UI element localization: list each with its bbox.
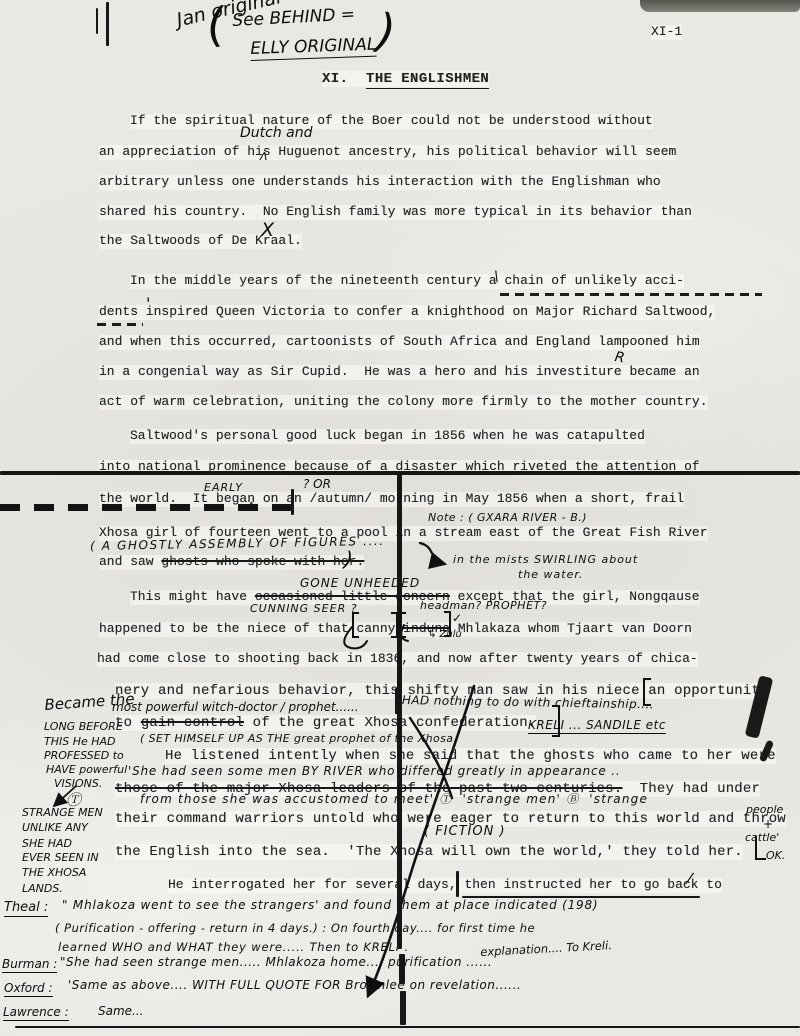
typed-line: He interrogated her for several days, th… [168,878,722,893]
text-segment: and saw [99,554,161,569]
note-early: EARLY [204,482,243,494]
note-lawrence: Same... [98,1005,144,1018]
margin-note: THIS He HAD [44,736,116,748]
text-segment: Saltwood's personal good luck began in 1… [130,428,645,443]
insert-dutch-and: Dutch and [240,126,313,141]
text-segment: If the spiritual nature of the Boer coul… [130,113,653,128]
bar-before-then [456,871,459,897]
bracket-canny-open [352,612,359,638]
typed-line: the English into the sea. 'The Xhosa wil… [115,844,743,860]
bottom-edge-line [15,1026,800,1028]
tick: ' [146,296,150,313]
note-gone-unheeded: GONE UNHEEDED [300,577,420,590]
scan-artifact-band [640,0,800,12]
text-segment: of the great Xhosa confederation. [244,715,536,731]
typed-line: He listened intently when she said that … [165,748,776,764]
note-seen-some-men: 'She had seen some men BY RIVER who diff… [128,765,620,778]
margin-note: THE XHOSA [22,867,86,879]
tick: \ [494,270,499,285]
note-elly-original: ELLY ORIGINAL [250,37,377,61]
source-label-burman: Burman : [2,958,57,973]
edge-artifact [96,8,98,34]
source-label-oxford: Oxford : [4,982,53,997]
text-segment: He interrogated her for several days, th… [168,877,722,892]
margin-note: UNLIKE ANY [22,822,88,834]
chapter-title: XI. THE ENGLISHMEN [322,71,489,87]
underlined-text: THE ENGLISHMEN [366,71,489,89]
note-witch-doctor: most powerful witch-doctor / prophet....… [112,701,359,714]
mists-arrow [420,543,445,564]
typed-line: In the middle years of the nineteenth ce… [130,274,684,289]
margin-note: STRANGE MEN [22,807,103,819]
bracket-opportunity [643,678,651,706]
note-or: ? OR [303,478,331,491]
paren-close: ) [375,6,398,56]
bar-interline [395,688,398,714]
text-segment: dents inspired Queen Victoria to confer … [99,304,715,319]
note-kreli-sandile: KRELI ... SANDILE etc [528,719,666,734]
note-gxara: Note : ( GXARA RIVER - B.) [428,512,587,524]
typed-line: act of warm celebration, uniting the col… [99,395,708,410]
caret: Λ [260,151,268,163]
source-label-lawrence: Lawrence : [3,1006,69,1021]
margin-note: EVER SEEN IN [22,852,99,864]
note-burman: "She had seen strange men..... Mhlakoza … [60,956,492,969]
text-segment: and when this occurred, cartoonists of S… [99,334,700,349]
text-segment: in a congenial way as Sir Cupid. He was … [99,364,700,379]
text-segment: XI. [322,71,366,87]
typed-line: Saltwood's personal good luck began in 1… [130,429,645,444]
edge-artifact [106,2,109,46]
bracket-canny-close [391,612,398,638]
margin-note: OK. [766,850,785,862]
typed-line: If the spiritual nature of the Boer coul… [130,114,653,129]
note-ghostly-assembly: ( A GHOSTLY ASSEMBLY OF FIGURES .... [90,535,385,553]
vertical-dash [400,991,406,1025]
text-segment: shared his country. No English family wa… [99,204,692,219]
note-mists-1: in the mists SWIRLING about [453,554,638,566]
page-number: XI-1 [651,25,682,40]
note-headman-prophet: headman? PROPHET? [420,600,547,612]
typed-line: to gain control of the great Xhosa confe… [115,715,536,731]
text-segment: the English into the sea. 'The Xhosa wil… [115,844,743,860]
margin-note: PROFESSED to [44,750,124,762]
text-segment: This might have [130,589,255,604]
struck-text: ghosts who spoke with her. [161,554,364,569]
typed-line: arbitrary unless one understands his int… [99,175,661,190]
note-mists-2: the water. [518,569,583,581]
margin-note: SHE HAD [22,838,72,850]
text-segment: XI-1 [651,24,682,39]
text-segment: Mhlakaza whom Tjaart van Doorn [450,621,692,636]
typed-line: in a congenial way as Sir Cupid. He was … [99,365,700,380]
typed-line: shared his country. No English family wa… [99,205,692,220]
bracket-induna-close [444,611,451,637]
bracket-induna-open [399,612,406,638]
text-segment: act of warm celebration, uniting the col… [99,394,708,409]
dash-end-tick [291,489,294,515]
typed-line: This might have occasioned little concer… [130,590,700,605]
text-segment: In the middle years of the nineteenth ce… [130,273,684,288]
dashed-underline-dents [97,323,143,326]
note-oxford: 'Same as above.... WITH FULL QUOTE FOR B… [68,979,521,992]
vertical-dash [399,954,405,984]
text-segment: He listened intently when she said that … [165,748,776,764]
typed-line: dents inspired Queen Victoria to confer … [99,305,715,320]
note-theal-2: ( Purification - offering - return in 4 … [55,922,535,934]
note-set-himself: ( SET HIMSELF UP AS THE great prophet of… [140,733,457,745]
text-segment: arbitrary unless one understands his int… [99,174,661,189]
note-accustomed: from those she was accustomed to meet' Ⓣ… [140,793,648,806]
note-fiction: ( FICTION ) [424,825,506,839]
checkmark: ✓ [452,612,462,625]
typed-line: an appreciation of his Huguenot ancestry… [99,145,676,160]
margin-note: people [746,804,783,816]
note-cunning-seer: CUNNING SEER ? [250,603,358,615]
note-burman-tail: explanation.... To Kreli. [480,939,612,958]
x-correction: X [261,221,274,241]
note-theal-3: learned WHO and WHAT they were..... Then… [58,941,409,953]
margin-note: LONG BEFORE [44,721,123,733]
source-label-theal: Theal : [4,901,48,917]
margin-note: VISIONS. [54,778,102,790]
bracket-confederation [552,705,560,737]
struck-text: gain control [141,715,244,731]
note-chieftainship: HAD nothing to do with chieftainship.... [402,694,654,711]
manuscript-page: XI-1XI. THE ENGLISHMENIf the spiritual n… [0,0,800,1036]
note-see-behind: See BEHIND = [232,7,356,31]
margin-note: + [763,818,773,831]
margin-note: LANDS. [22,883,63,895]
dashed-rule [0,504,296,511]
dashed-underline-chain [500,293,762,296]
note-theal-1: " Mhlakoza went to see the strangers' an… [62,899,598,912]
margin-note: HAVE powerful [46,764,127,776]
corner-told-her [755,836,766,860]
underline-instructed [462,896,700,898]
typed-line: and saw ghosts who spoke with her. [99,555,364,570]
text-segment: an appreciation of his Huguenot ancestry… [99,144,676,159]
typed-line: and when this occurred, cartoonists of S… [99,335,700,350]
